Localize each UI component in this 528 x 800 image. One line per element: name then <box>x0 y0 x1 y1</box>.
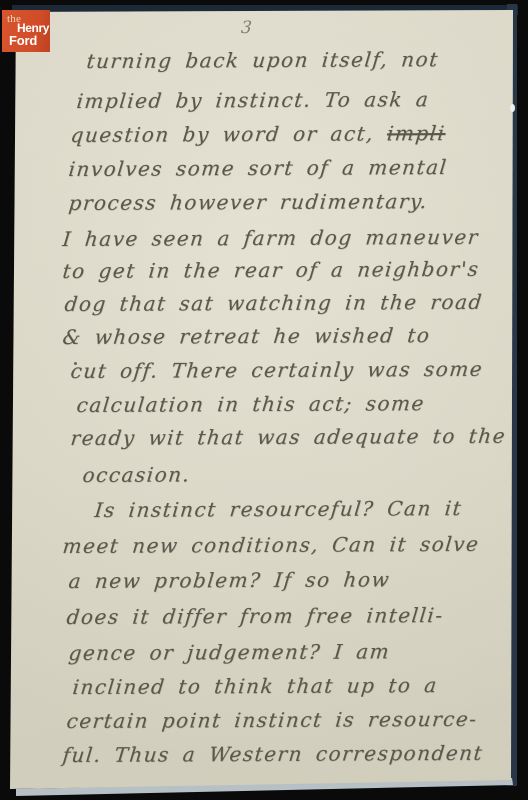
manuscript-line: process however rudimentary. <box>67 188 429 216</box>
manuscript-line: inclined to think that up to a <box>71 672 439 700</box>
manuscript-line: ready wit that was adequate to the <box>69 423 507 451</box>
manuscript-line: occasion. <box>81 461 191 488</box>
manuscript-line: implied by instinct. To ask a <box>75 86 430 114</box>
archive-photo: 3 turning back upon itself, not implied … <box>0 0 528 800</box>
manuscript-line: I have seen a farm dog maneuver <box>61 224 480 252</box>
logo-ford: Ford <box>9 33 37 48</box>
manuscript-line: involves some sort of a mental <box>67 154 448 182</box>
ink-dot <box>74 362 77 365</box>
manuscript-line: ful. Thus a Western correspondent <box>61 740 484 768</box>
page-number: 3 <box>240 18 252 38</box>
paper-edge-speck <box>510 104 515 112</box>
manuscript-line: question by word or act, impli <box>69 120 446 148</box>
manuscript-line: a new problem? If so how <box>67 566 391 594</box>
manuscript-line: turning back upon itself, not <box>85 46 440 74</box>
manuscript-line: certain point instinct is resource- <box>65 706 478 734</box>
manuscript-line-text: question by word or act, <box>70 121 389 147</box>
manuscript-line: does it differ from free intelli- <box>65 602 445 630</box>
manuscript-line: meet new conditions, Can it solve <box>61 531 480 559</box>
manuscript-line: Is instinct resourceful? Can it <box>93 495 463 523</box>
manuscript-line: to get in the rear of a neighbor's <box>61 256 480 284</box>
manuscript-line: calculation in this act; some <box>75 390 426 418</box>
manuscript-paper: 3 turning back upon itself, not implied … <box>0 0 528 800</box>
manuscript-line: gence or judgement? I am <box>67 638 391 666</box>
struck-word: impli <box>386 121 447 145</box>
manuscript-line: cut off. There certainly was some <box>69 356 484 384</box>
manuscript-line: dog that sat watching in the road <box>63 289 484 317</box>
henry-ford-logo: the Henry Ford <box>2 10 50 52</box>
manuscript-line: & whose retreat he wished to <box>61 322 431 350</box>
